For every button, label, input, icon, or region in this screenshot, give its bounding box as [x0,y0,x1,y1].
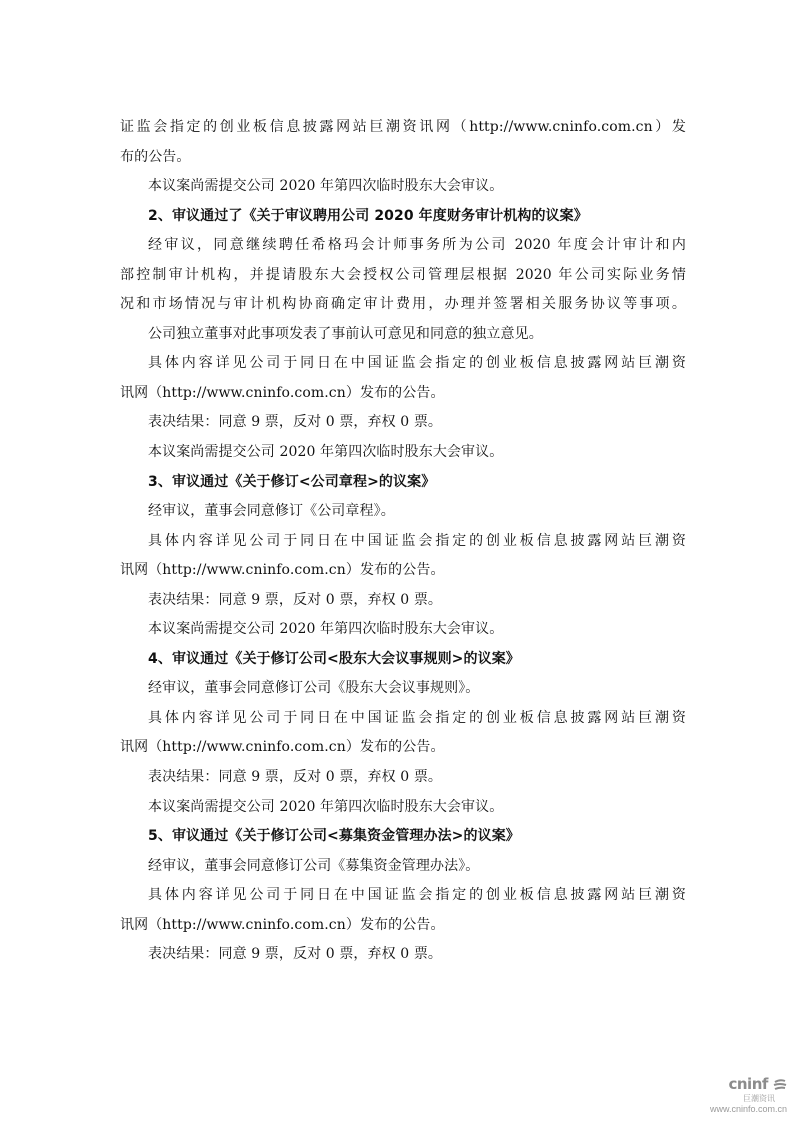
paragraph-line: 证监会指定的创业板信息披露网站巨潮资讯网（http://www.cninfo.c… [120,113,686,143]
paragraph-line: 布的公告。 [120,143,686,173]
paragraph-line: 公司独立董事对此事项发表了事前认可意见和同意的独立意见。 [120,320,686,350]
paragraph-line: 本议案尚需提交公司 2020 年第四次临时股东大会审议。 [120,438,686,468]
paragraph-line: 经审议，董事会同意修订公司《募集资金管理办法》。 [120,852,686,882]
paragraph-line: 本议案尚需提交公司 2020 年第四次临时股东大会审议。 [120,793,686,823]
paragraph-line: 经审议，同意继续聘任希格玛会计师事务所为公司 2020 年度会计审计和内 [120,231,686,261]
paragraph-line: 况和市场情况与审计机构协商确定审计费用，办理并签署相关服务协议等事项。 [120,290,686,320]
paragraph-line: 本议案尚需提交公司 2020 年第四次临时股东大会审议。 [120,615,686,645]
paragraph-line: 表决结果：同意 9 票，反对 0 票，弃权 0 票。 [120,408,686,438]
paragraph-line: 讯网（http://www.cninfo.com.cn）发布的公告。 [120,379,686,409]
paragraph-line: 经审议，董事会同意修订《公司章程》。 [120,497,686,527]
section-heading: 2、审议通过了《关于审议聘用公司 2020 年度财务审计机构的议案》 [120,202,686,232]
paragraph-line: 具体内容详见公司于同日在中国证监会指定的创业板信息披露网站巨潮资 [120,704,686,734]
section-heading: 5、审议通过《关于修订公司<募集资金管理办法>的议案》 [120,822,686,852]
paragraph-line: 部控制审计机构，并提请股东大会授权公司管理层根据 2020 年公司实际业务情 [120,261,686,291]
watermark-brand: cninf [728,1075,767,1093]
watermark-chinese-name: 巨潮资讯 [710,1093,775,1104]
paragraph-line: 讯网（http://www.cninfo.com.cn）发布的公告。 [120,911,686,941]
cninfo-watermark: cninf 巨潮资讯 www.cninfo.com.cn [710,1074,787,1114]
paragraph-line: 讯网（http://www.cninfo.com.cn）发布的公告。 [120,733,686,763]
paragraph-line: 具体内容详见公司于同日在中国证监会指定的创业板信息披露网站巨潮资 [120,349,686,379]
paragraph-line: 经审议，董事会同意修订公司《股东大会议事规则》。 [120,674,686,704]
paragraph-line: 表决结果：同意 9 票，反对 0 票，弃权 0 票。 [120,586,686,616]
paragraph-line: 本议案尚需提交公司 2020 年第四次临时股东大会审议。 [120,172,686,202]
section-heading: 4、审议通过《关于修订公司<股东大会议事规则>的议案》 [120,645,686,675]
paragraph-line: 表决结果：同意 9 票，反对 0 票，弃权 0 票。 [120,940,686,970]
paragraph-line: 表决结果：同意 9 票，反对 0 票，弃权 0 票。 [120,763,686,793]
cninfo-logo-icon [773,1079,787,1091]
paragraph-line: 讯网（http://www.cninfo.com.cn）发布的公告。 [120,556,686,586]
document-body: 证监会指定的创业板信息披露网站巨潮资讯网（http://www.cninfo.c… [120,113,686,970]
paragraph-line: 具体内容详见公司于同日在中国证监会指定的创业板信息披露网站巨潮资 [120,881,686,911]
paragraph-line: 具体内容详见公司于同日在中国证监会指定的创业板信息披露网站巨潮资 [120,527,686,557]
watermark-url: www.cninfo.com.cn [710,1104,787,1114]
section-heading: 3、审议通过《关于修订<公司章程>的议案》 [120,468,686,498]
